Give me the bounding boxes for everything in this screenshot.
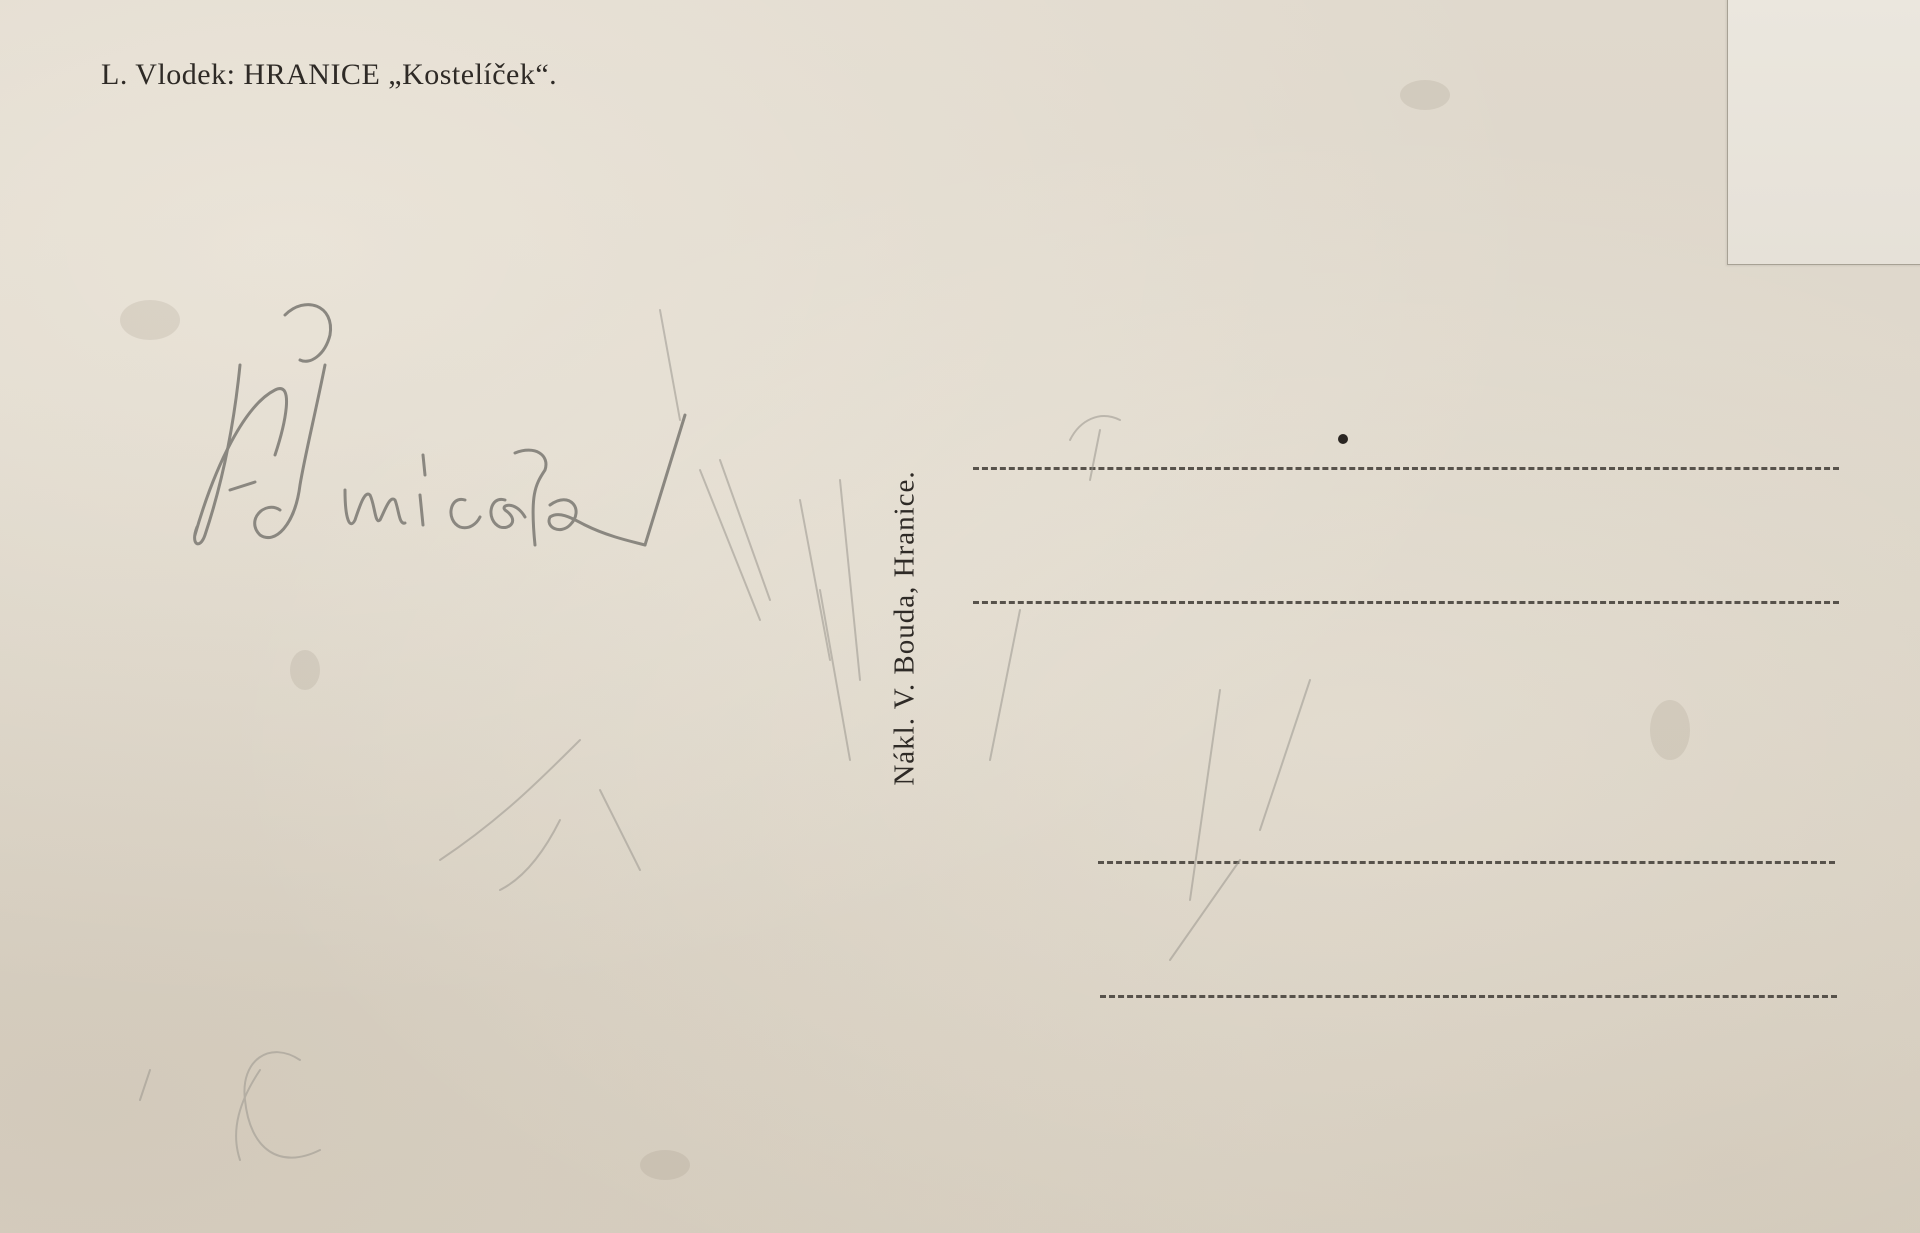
pencil-signature: Hranice b bbox=[185, 295, 705, 565]
address-line-2[interactable] bbox=[973, 601, 1839, 604]
paper-stain bbox=[1650, 700, 1690, 760]
ink-dot bbox=[1338, 434, 1348, 444]
address-line-1[interactable] bbox=[973, 467, 1839, 470]
pencil-scribbles bbox=[0, 0, 1920, 1233]
paper-stain bbox=[1400, 80, 1450, 110]
stamp-box bbox=[1727, 0, 1920, 265]
paper-stain bbox=[640, 1150, 690, 1180]
address-line-4[interactable] bbox=[1100, 995, 1837, 998]
paper-stain bbox=[120, 300, 180, 340]
paper-stain bbox=[290, 650, 320, 690]
postcard-title: L. Vlodek: HRANICE „Kostelíček“. bbox=[101, 58, 557, 92]
address-line-3[interactable] bbox=[1098, 861, 1835, 864]
publisher-imprint: Nákl. V. Bouda, Hranice. bbox=[889, 470, 922, 785]
postcard-back: L. Vlodek: HRANICE „Kostelíček“. Nákl. V… bbox=[0, 0, 1920, 1233]
